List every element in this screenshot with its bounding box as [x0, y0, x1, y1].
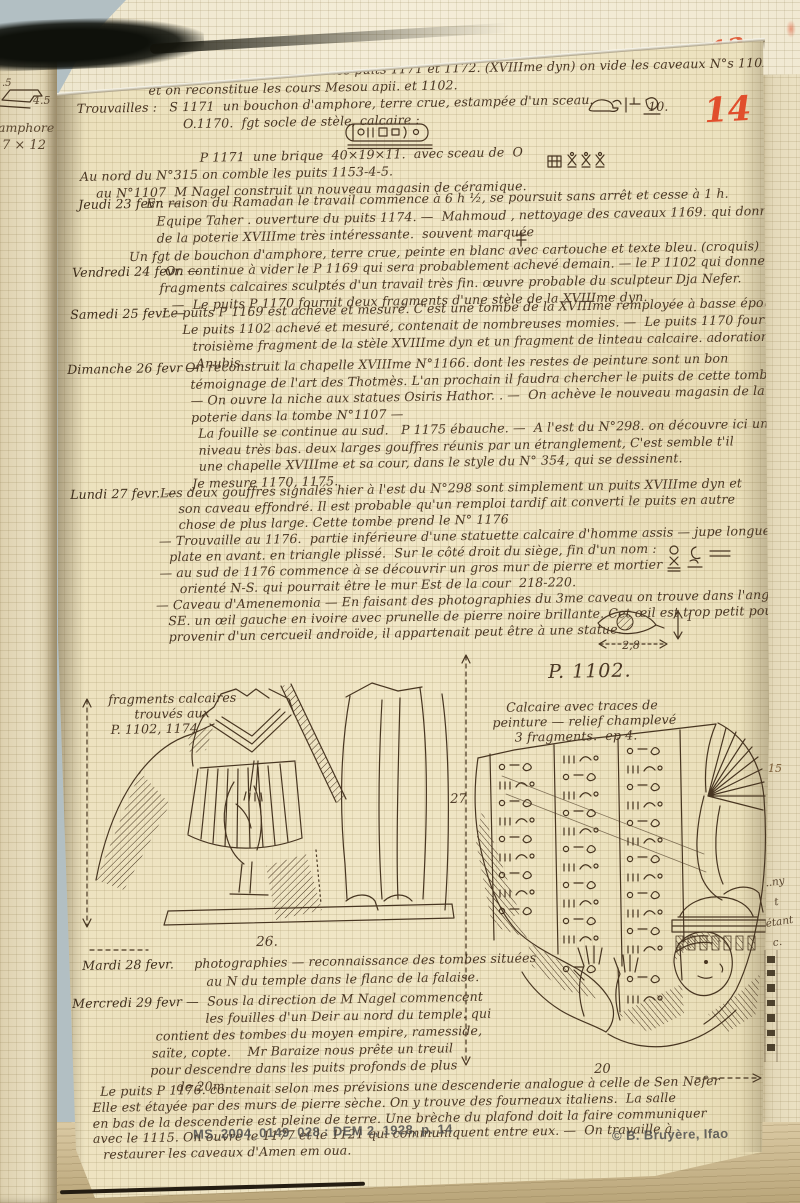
facing-page-dim: 4.5: [33, 94, 51, 107]
name-hieroglyph-sketch: [668, 546, 730, 571]
handwritten-line: étant: [764, 910, 794, 934]
hieroglyph-columns: [499, 748, 662, 1003]
width-arrow: [599, 640, 667, 648]
height-arrow: [674, 611, 682, 639]
head-sketch: [674, 932, 732, 996]
adjacent-page-ref: 15: [768, 762, 782, 775]
journal-page-14: 14 Au sud du N°250. on ouvre les puits 1…: [0, 0, 800, 1203]
eye-sketch: [598, 611, 682, 648]
red-ink-smudge: [786, 20, 796, 38]
handwritten-line: t: [773, 890, 792, 912]
handwritten-line: ..ny: [764, 870, 789, 893]
statue-fragments-sketch: [84, 652, 476, 952]
archive-watermark-credit: © B. Bruyère, Ifao: [612, 1126, 729, 1143]
facing-page-dim2: 7 × 12: [2, 138, 46, 153]
cartouche-sketch: [346, 124, 432, 149]
brick-seal-hieroglyph-sketch: [548, 153, 604, 168]
hatching: [476, 810, 760, 1032]
seal-hieroglyph-sketch: [589, 98, 660, 114]
adjacent-hieroglyph-column: [762, 950, 782, 1068]
relief-hieroglyph-sketch: [468, 714, 770, 1066]
facing-page-word: amphore: [0, 120, 54, 135]
graph-grid: [0, 50, 57, 1203]
facing-page-edge: .5 4.5 amphore 7 × 12: [0, 50, 57, 1203]
pottery-mark-sketch: [517, 231, 526, 246]
